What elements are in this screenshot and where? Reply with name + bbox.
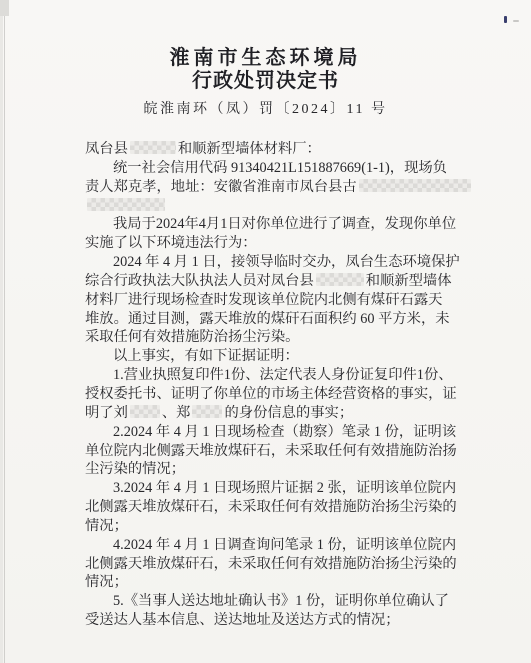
doc-line: 我局于2024年4月1日对你单位进行了调查，发现你单位 (85, 215, 465, 234)
doc-line (85, 197, 465, 216)
doc-line: 3.2024 年 4 月 1 日现场照片证据 2 张，证明该单位院内 (85, 479, 465, 498)
doc-line: 2024 年 4 月 1 日，接领导临时交办，凤台生态环境保护 (85, 253, 465, 272)
doc-line: 4.2024 年 4 月 1 日调查询问笔录 1 份，证明该单位院内 (85, 536, 465, 555)
doc-line: 统一社会信用代码 91340421L151887669(1-1)，现场负 (85, 159, 465, 178)
doc-text: 明了刘 (85, 405, 128, 421)
doc-text: 、郑 (162, 405, 191, 421)
doc-text: 1.营业执照复印件1份、法定代表人身份证复印件1份、 (113, 367, 453, 383)
doc-text: 2024 年 4 月 1 日，接领导临时交办，凤台生态环境保护 (113, 254, 460, 270)
doc-line: 以上事实，有如下证据证明： (85, 347, 465, 366)
doc-text: 授权委托书、证明了你单位的市场主体经营资格的事实，证 (85, 386, 457, 402)
doc-text: 采取任何有效措施防治扬尘污染。 (85, 329, 299, 345)
doc-text: 情况； (85, 574, 128, 590)
doc-text: 材料厂进行现场检查时发现该单位院内北侧有煤矸石露天 (85, 292, 442, 308)
doc-text: 以上事实，有如下证据证明： (113, 348, 299, 364)
doc-text: 尘污染的情况； (85, 461, 185, 477)
doc-line: 北侧露天堆放煤矸石，未采取任何有效措施防治扬尘污染的 (85, 555, 465, 574)
doc-line: 凤台县和顺新型墙体材料厂： (85, 140, 465, 159)
doc-line: 责人郑克孝，地址：安徽省淮南市凤台县古 (85, 178, 465, 197)
redaction-block (130, 141, 176, 154)
doc-line: 1.营业执照复印件1份、法定代表人身份证复印件1份、 (85, 366, 465, 385)
doc-line: 情况； (85, 517, 465, 536)
doc-text: 凤台县 (85, 141, 128, 157)
doc-text: 2.2024 年 4 月 1 日现场检查（勘察）笔录 1 份，证明该 (113, 424, 456, 440)
document-title: 行政处罚决定书 (0, 69, 531, 92)
doc-line: 采取任何有效措施防治扬尘污染。 (85, 328, 465, 347)
redaction-block (192, 405, 222, 418)
doc-text: 和顺新型墙体 (366, 273, 452, 289)
doc-text: 综合行政执法大队执法人员对凤台县 (85, 273, 314, 289)
doc-text: 单位院内北侧露天堆放煤矸石，未采取任何有效措施防治扬 (85, 443, 457, 459)
doc-line: 单位院内北侧露天堆放煤矸石，未采取任何有效措施防治扬 (85, 442, 465, 461)
doc-line: 北侧露天堆放煤矸石，未采取任何有效措施防治扬尘污染的 (85, 498, 465, 517)
doc-line: 明了刘、郑的身份信息的事实； (85, 404, 465, 423)
doc-text: 5.《当事人送达地址确认书》1 份，证明你单位确认了 (113, 593, 449, 609)
doc-line: 材料厂进行现场检查时发现该单位院内北侧有煤矸石露天 (85, 291, 465, 310)
redaction-block (87, 198, 165, 211)
agency-name: 淮南市生态环境局 (0, 46, 531, 69)
doc-text: 责人郑克孝，地址：安徽省淮南市凤台县古 (85, 179, 357, 195)
doc-text: 的身份信息的事实； (224, 405, 353, 421)
scanned-document-page: 淮南市生态环境局 行政处罚决定书 皖淮南环（凤）罚〔2024〕11 号 凤台县和… (0, 0, 531, 663)
doc-text: 实施了以下环境违法行为： (85, 235, 257, 251)
redaction-block (130, 405, 160, 418)
doc-text: 我局于2024年4月1日对你单位进行了调查，发现你单位 (113, 216, 456, 232)
doc-line: 尘污染的情况； (85, 460, 465, 479)
scan-corner-smudge (0, 0, 9, 16)
doc-line: 2.2024 年 4 月 1 日现场检查（勘察）笔录 1 份，证明该 (85, 423, 465, 442)
pen-mark (504, 16, 507, 23)
doc-text: 和顺新型墙体材料厂： (178, 141, 321, 157)
redaction-block (359, 179, 471, 192)
doc-line: 受送达人基本信息、送达地址及送达方式的情况； (85, 611, 465, 630)
doc-line: 实施了以下环境违法行为： (85, 234, 465, 253)
doc-line: 5.《当事人送达地址确认书》1 份，证明你单位确认了 (85, 592, 465, 611)
pen-mark-faint (513, 20, 519, 22)
doc-text: 受送达人基本信息、送达地址及送达方式的情况； (85, 612, 400, 628)
redaction-block (316, 273, 364, 286)
doc-text: 统一社会信用代码 91340421L151887669(1-1)，现场负 (113, 160, 447, 176)
doc-text: 北侧露天堆放煤矸石，未采取任何有效措施防治扬尘污染的 (85, 556, 457, 572)
doc-line: 授权委托书、证明了你单位的市场主体经营资格的事实，证 (85, 385, 465, 404)
doc-text: 堆放。通过目测，露天堆放的煤矸石面积约 60 平方米，未 (85, 311, 450, 327)
doc-line: 情况； (85, 573, 465, 592)
doc-text: 情况； (85, 518, 128, 534)
document-number: 皖淮南环（凤）罚〔2024〕11 号 (0, 98, 531, 118)
doc-line: 堆放。通过目测，露天堆放的煤矸石面积约 60 平方米，未 (85, 310, 465, 329)
doc-text: 北侧露天堆放煤矸石，未采取任何有效措施防治扬尘污染的 (85, 499, 457, 515)
doc-text: 4.2024 年 4 月 1 日调查询问笔录 1 份，证明该单位院内 (113, 537, 456, 553)
document-header: 淮南市生态环境局 行政处罚决定书 皖淮南环（凤）罚〔2024〕11 号 (0, 46, 531, 118)
doc-text: 3.2024 年 4 月 1 日现场照片证据 2 张，证明该单位院内 (113, 480, 456, 496)
doc-line: 综合行政执法大队执法人员对凤台县和顺新型墙体 (85, 272, 465, 291)
document-body: 凤台县和顺新型墙体材料厂：统一社会信用代码 91340421L151887669… (85, 140, 465, 630)
